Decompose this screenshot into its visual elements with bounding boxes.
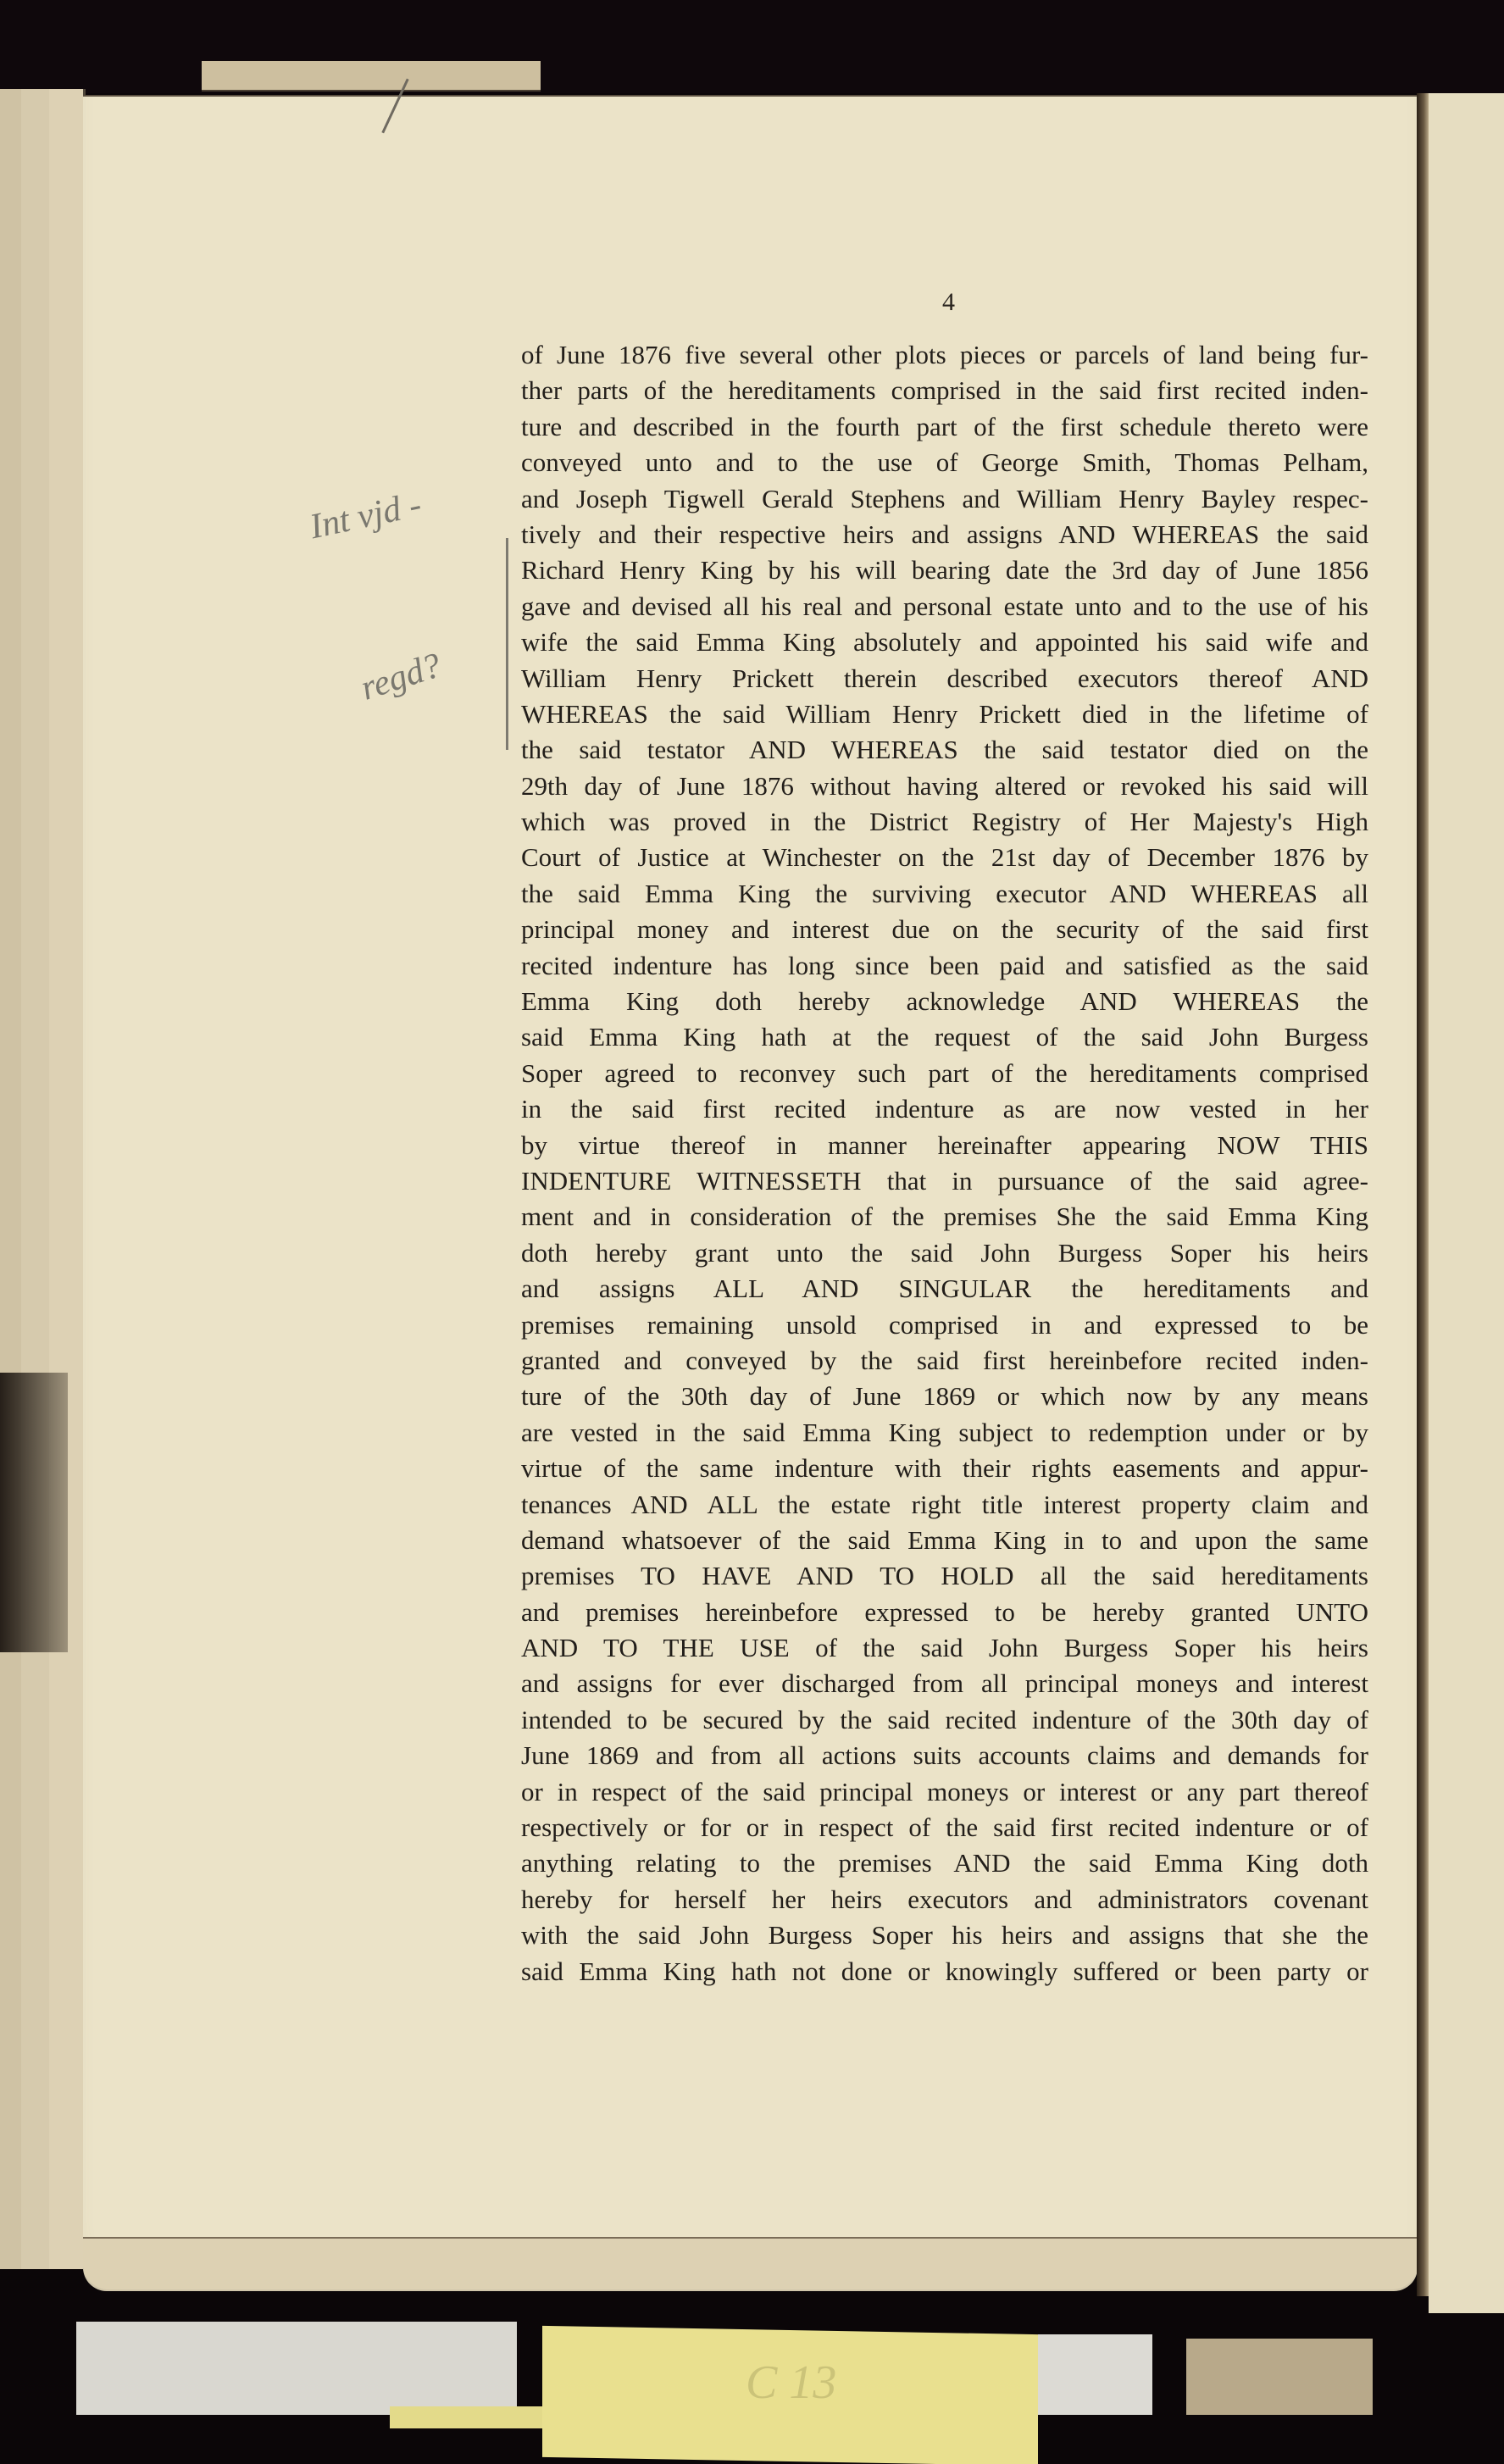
text-line: Emma King doth hereby acknowledge AND WH… (521, 984, 1368, 1019)
text-line: INDENTURE WITNESSETH that in pursuance o… (521, 1163, 1368, 1199)
text-line: tively and their respective heirs and as… (521, 517, 1368, 552)
text-line: which was proved in the District Registr… (521, 804, 1368, 840)
text-line: granted and conveyed by the said first h… (521, 1343, 1368, 1379)
bookmark-tab (1038, 2334, 1152, 2415)
text-line: gave and devised all his real and person… (521, 589, 1368, 624)
page-bottom-edge (83, 2237, 1418, 2289)
text-line: with the said John Burgess Soper his hei… (521, 1917, 1368, 1953)
text-line: and Joseph Tigwell Gerald Stephens and W… (521, 481, 1368, 517)
text-line: Soper agreed to reconvey such part of th… (521, 1056, 1368, 1091)
text-line: demand whatsoever of the said Emma King … (521, 1523, 1368, 1558)
text-line: ther parts of the hereditaments comprise… (521, 373, 1368, 408)
text-line: said Emma King hath not done or knowingl… (521, 1954, 1368, 1990)
text-line: William Henry Prickett therein described… (521, 661, 1368, 696)
text-line: respectively or for or in respect of the… (521, 1810, 1368, 1845)
text-line: June 1869 and from all actions suits acc… (521, 1738, 1368, 1773)
margin-bracket-line (506, 538, 508, 750)
text-line: in the said first recited indenture as a… (521, 1091, 1368, 1127)
text-line: ture of the 30th day of June 1869 or whi… (521, 1379, 1368, 1414)
text-line: AND TO THE USE of the said John Burgess … (521, 1630, 1368, 1666)
bookmark-tab (76, 2322, 517, 2415)
text-line: conveyed unto and to the use of George S… (521, 445, 1368, 480)
text-line: principal money and interest due on the … (521, 912, 1368, 947)
text-line: are vested in the said Emma King subject… (521, 1415, 1368, 1451)
text-line: ture and described in the fourth part of… (521, 409, 1368, 445)
text-line: and assigns ALL AND SINGULAR the heredit… (521, 1271, 1368, 1307)
text-line: said Emma King hath at the request of th… (521, 1019, 1368, 1055)
text-line: ment and in consideration of the premise… (521, 1199, 1368, 1235)
text-line: the said testator AND WHEREAS the said t… (521, 732, 1368, 768)
text-line: virtue of the same indenture with their … (521, 1451, 1368, 1486)
text-line: intended to be secured by the said recit… (521, 1702, 1368, 1738)
facing-page (1429, 93, 1504, 2313)
text-line: WHEREAS the said William Henry Prickett … (521, 696, 1368, 732)
text-line: recited indenture has long since been pa… (521, 948, 1368, 984)
text-line: hereby for herself her heirs executors a… (521, 1882, 1368, 1917)
document-body-text: of June 1876 five several other plots pi… (521, 337, 1368, 1990)
text-line: the said Emma King the surviving executo… (521, 876, 1368, 912)
edge-shadow (0, 1373, 68, 1652)
text-line: 29th day of June 1876 without having alt… (521, 769, 1368, 804)
book-gutter (1417, 93, 1429, 2296)
text-line: wife the said Emma King absolutely and a… (521, 624, 1368, 660)
text-line: and premises hereinbefore expressed to b… (521, 1595, 1368, 1630)
text-line: premises remaining unsold comprised in a… (521, 1307, 1368, 1343)
top-page-tab (202, 61, 541, 92)
text-line: anything relating to the premises AND th… (521, 1845, 1368, 1881)
text-line: by virtue thereof in manner hereinafter … (521, 1128, 1368, 1163)
text-line: Court of Justice at Winchester on the 21… (521, 840, 1368, 875)
text-line: or in respect of the said principal mone… (521, 1774, 1368, 1810)
text-line: and assigns for ever discharged from all… (521, 1666, 1368, 1701)
tab-label: C 13 (746, 2356, 836, 2410)
text-line: of June 1876 five several other plots pi… (521, 337, 1368, 373)
bookmark-tab (1186, 2339, 1373, 2415)
text-line: doth hereby grant unto the said John Bur… (521, 1235, 1368, 1271)
text-line: premises TO HAVE AND TO HOLD all the sai… (521, 1558, 1368, 1594)
text-line: tenances AND ALL the estate right title … (521, 1487, 1368, 1523)
text-line: Richard Henry King by his will bearing d… (521, 552, 1368, 588)
page-stack-edge (49, 89, 86, 2269)
page-number: 4 (942, 288, 955, 317)
